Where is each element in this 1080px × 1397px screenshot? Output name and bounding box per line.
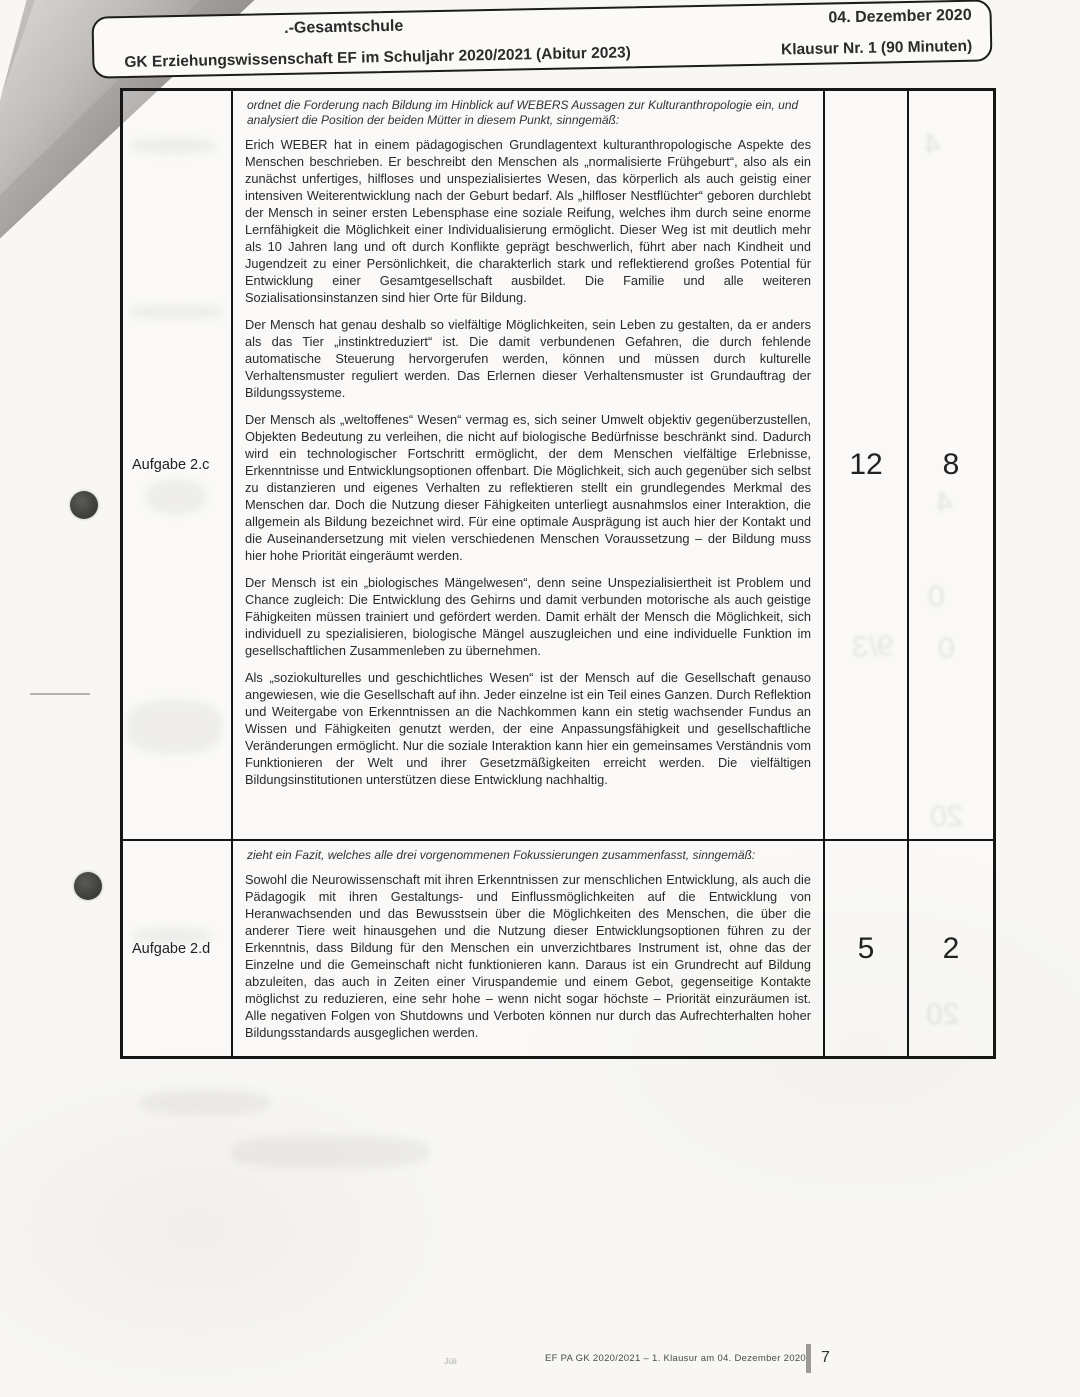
task-label-cell: Aufgabe 2.d	[123, 841, 233, 1056]
task-label: Aufgabe 2.c	[132, 457, 209, 473]
points-cell-left: 12	[825, 91, 909, 839]
body-paragraph: Der Mensch hat genau deshalb so vielfält…	[245, 316, 811, 401]
school-name: .-Gesamtschule	[124, 12, 684, 41]
table-row-aufgabe-2c: Aufgabe 2.c ordnet die Forderung nach Bi…	[123, 91, 993, 841]
header-left-block: .-Gesamtschule GK Erziehungswissenschaft…	[124, 12, 685, 72]
bleed-through-smudge	[230, 1135, 430, 1169]
answer-paragraphs: Erich WEBER hat in einem pädagogischen G…	[245, 136, 811, 788]
grading-table: Aufgabe 2.c ordnet die Forderung nach Bi…	[120, 88, 996, 1059]
table-row-aufgabe-2d: Aufgabe 2.d zieht ein Fazit, welches all…	[123, 841, 993, 1056]
hole-punch-bottom	[74, 872, 102, 900]
course-title: GK Erziehungswissenschaft EF im Schuljah…	[124, 43, 684, 72]
page-number-bar	[806, 1344, 811, 1373]
points-cell-right: 8	[909, 91, 993, 839]
body-paragraph: Sowohl die Neurowissenschaft mit ihren E…	[245, 871, 811, 1041]
body-paragraph: Erich WEBER hat in einem pädagogischen G…	[245, 136, 811, 306]
points-cell-right: 2	[909, 841, 993, 1056]
exam-number: Klausur Nr. 1 (90 Minuten)	[684, 38, 972, 62]
answer-paragraphs: Sowohl die Neurowissenschaft mit ihren E…	[245, 871, 811, 1041]
header-right-block: 04. Dezember 2020 Klausur Nr. 1 (90 Minu…	[684, 7, 973, 62]
points-cell-left: 5	[825, 841, 909, 1056]
fold-mark	[30, 693, 90, 695]
answer-text-cell: ordnet die Forderung nach Bildung im Hin…	[233, 91, 825, 839]
hole-punch-top	[70, 491, 98, 519]
page-number: 7	[821, 1349, 830, 1367]
bleed-through-smudge	[140, 1090, 270, 1116]
body-paragraph: Der Mensch als „weltoffenes“ Wesen“ verm…	[245, 411, 811, 564]
points-value: 8	[943, 448, 960, 482]
task-criterion: zieht ein Fazit, welches alle drei vorge…	[247, 848, 809, 863]
bleed-through-smudge	[130, 138, 216, 154]
points-value: 12	[849, 448, 882, 482]
exam-date: 04. Dezember 2020	[684, 7, 972, 31]
points-value: 2	[943, 932, 960, 966]
points-value: 5	[858, 932, 875, 966]
task-criterion: ordnet die Forderung nach Bildung im Hin…	[247, 98, 809, 128]
scanned-document-page: .-Gesamtschule GK Erziehungswissenschaft…	[0, 0, 1080, 1397]
body-paragraph: Als „soziokulturelles und geschichtliche…	[245, 669, 811, 788]
bleed-through-smudge	[132, 928, 212, 944]
footer-exam-info: EF PA GK 2020/2021 – 1. Klausur am 04. D…	[545, 1353, 806, 1364]
bleed-through-smudge	[126, 700, 222, 754]
bleed-through-smudge	[146, 480, 206, 514]
body-paragraph: Der Mensch ist ein „biologisches Mängelw…	[245, 574, 811, 659]
bleed-through-smudge	[128, 305, 224, 319]
answer-text-cell: zieht ein Fazit, welches alle drei vorge…	[233, 841, 825, 1056]
footer-initials: Jüli	[444, 1356, 457, 1366]
